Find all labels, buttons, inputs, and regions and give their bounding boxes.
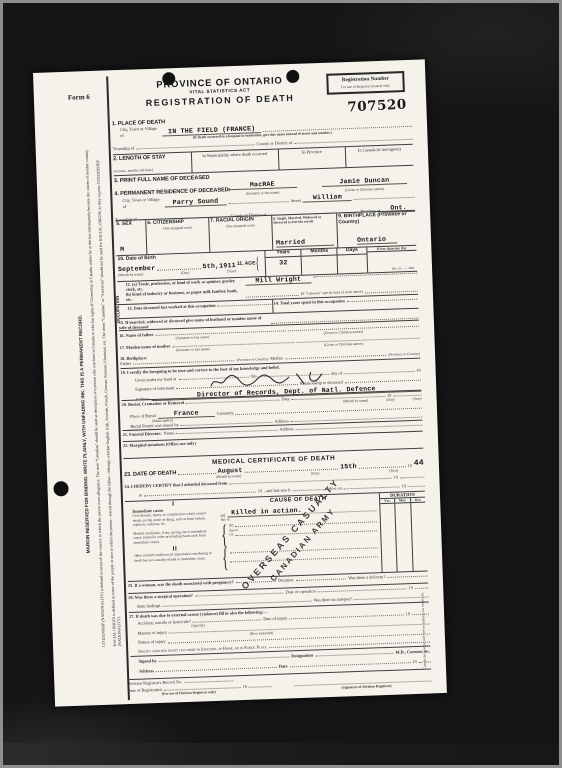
s23-year-note: (Year): [389, 469, 398, 474]
form-number: Form 6: [68, 93, 90, 102]
s27-nature: Nature of injury: [138, 639, 166, 645]
s2-col1: In Municipality where death occurred: [194, 151, 276, 159]
s20-cemetery-label: Cemetery: [217, 411, 234, 417]
s4-city-value: Parry Sound: [164, 197, 226, 207]
s24-lastsaw: , and last saw h: [264, 487, 291, 493]
s13-label: 13. Date deceased last worked at this oc…: [127, 303, 215, 311]
s18-father-note: (Province or Country): [236, 357, 268, 363]
address-label: Address: [139, 668, 154, 674]
s5-value: M: [120, 245, 146, 253]
s20-month-note: (Month by name): [343, 399, 368, 404]
s24-to: to: [139, 493, 143, 498]
s20-addr-label: Address: [275, 418, 289, 424]
cause-morbid-note: Morbid conditions, if any, giving rise t…: [133, 529, 215, 545]
s2-col2: In Province: [280, 148, 343, 155]
reg-box-note: For use of Registrar General only.: [331, 83, 401, 90]
s20-year-note: (Year): [413, 397, 422, 402]
s11-months-header: Months: [302, 249, 337, 257]
s26-label: 26. Was there a surgical operation?: [128, 593, 193, 600]
s27-manner: Manner of injury: [138, 629, 168, 635]
s26-findings: State findings: [137, 603, 161, 609]
s8-label: 8. Single, Married, Widowed or Divorced …: [273, 215, 335, 226]
s11-brace: {: [255, 255, 259, 272]
date-reg-note: (For use of Division Registrar only): [162, 690, 216, 696]
cause-immediate-note: Give disease, injury, or complication wh…: [132, 511, 214, 527]
s8-value: Married: [276, 238, 334, 248]
md-coroner-label: M.D., Coroner, etc.: [395, 648, 430, 654]
s11-years-header: Years: [265, 250, 300, 258]
s27-year: 19: [406, 611, 410, 616]
s18-mother-label: Mother: [270, 356, 283, 362]
s19-given-at: Given under my hand at: [135, 376, 177, 383]
s20-date-label: Date: [281, 396, 289, 401]
signed-by-label: Signed by: [139, 658, 157, 664]
s26-autopsy: Was there an autopsy?: [313, 596, 352, 602]
s23-day-note: (Day): [311, 471, 320, 476]
s3-label: 3. PRINT FULL NAME OF DECEASED: [114, 175, 210, 185]
registration-number-box: Registration Number For use of Registrar…: [326, 71, 405, 95]
s10-day-note: (Day): [181, 270, 190, 275]
s12-a-value: Mill Wright: [245, 275, 311, 285]
record-no-label: Division Registrar's Record No.: [127, 679, 182, 686]
s26-op-date: Date of operation: [286, 588, 316, 594]
s21-addr-label: Address: [279, 426, 293, 432]
s10-month-note: (Month by name): [118, 272, 143, 277]
s11-age-value: 32: [266, 258, 301, 266]
cause-c-label: (c): [229, 533, 233, 538]
death-registration-document: Form 6 MARGIN RESERVED FOR BINDING. WRIT…: [33, 59, 447, 706]
date-reg-year: 19: [243, 684, 247, 689]
s4-place-label: City, Town or Village of: [122, 197, 162, 209]
s21-label: 21. Funeral Director:: [123, 431, 162, 438]
s27-accident: Accident, suicide or homicide?: [137, 619, 191, 626]
scanner-bed-band: [3, 743, 559, 765]
date-year: 19: [412, 659, 416, 664]
s5-label: 5. SEX: [115, 220, 145, 229]
s23-month-note: (Month by name): [216, 474, 241, 479]
reg-box-title: Registration Number: [330, 75, 400, 83]
duration-yrs: Yrs.: [380, 499, 394, 504]
s25-delivery: Was there a delivery?: [348, 574, 385, 580]
s19-sig-label: Signature of informant: [135, 386, 174, 393]
s11-label: 11. AGE: [237, 261, 256, 267]
s1-place-label: City, Town or Village of: [120, 126, 160, 138]
s11-less-header: If less than one day: [367, 246, 416, 253]
s9-label: 9. BIRTHPLACE (Province or Country): [338, 212, 414, 226]
division-registrar-sig-note: (Signature of Division Registrar): [341, 684, 391, 690]
s9-value: Ontario: [357, 235, 397, 244]
cause-brace-2: {: [222, 544, 229, 572]
registration-form: OCCUPATION PROVINCE OF ONTARIO VITAL STA…: [106, 66, 434, 700]
s24-y2: 19: [258, 488, 262, 493]
s23-year-pre: 19: [408, 463, 412, 468]
s24-y3: 19: [401, 483, 405, 488]
s10-year-note: (Year): [227, 269, 236, 274]
s23-year: 44: [414, 459, 424, 468]
s21-name-label: Name: [164, 430, 174, 436]
s25-duration: Duration: [278, 577, 293, 583]
s2-label: 2. LENGTH OF STAY: [113, 154, 191, 163]
microfilm-scan-background: Form 6 MARGIN RESERVED FOR BINDING. WRIT…: [0, 0, 562, 768]
cause-other-note: Other morbid conditions (if important) c…: [134, 551, 216, 563]
s4-street-value: William: [303, 193, 352, 203]
cause-header: CAUSE OF DEATH: [220, 494, 376, 505]
s2-col3: In Canada (if immigrant): [348, 146, 411, 153]
s4-street-label: Street: [291, 197, 301, 203]
s23-label: 23. DATE OF DEATH: [124, 470, 176, 478]
s19-year: 19: [416, 368, 420, 373]
s1-township-label: Township of: [113, 146, 135, 152]
s26-year: 19: [408, 585, 412, 590]
s1-county-label: County or District of: [256, 140, 292, 146]
s14-label: 14. Total years spent in this occupation: [274, 298, 345, 306]
s24-y1: 19: [394, 475, 398, 480]
designation-label: Designation: [291, 653, 313, 659]
date-label: Date: [279, 663, 288, 668]
s20-day-note: (Day): [386, 398, 395, 403]
s25-label: 25. If a woman, was the death associated…: [128, 579, 234, 588]
punch-hole-left-margin: [53, 481, 69, 497]
s11-days-header: Days: [338, 247, 366, 254]
duration-mos: Mos.: [394, 498, 409, 503]
s11-hrs-note: hrs. or ...... min.: [392, 265, 415, 270]
s18-mother-note: (Province or Country): [388, 351, 420, 357]
s18-father-label: Father: [120, 361, 131, 367]
s27-injury-date: Date of injury: [263, 616, 287, 622]
duration-dys: Dys.: [410, 498, 425, 503]
